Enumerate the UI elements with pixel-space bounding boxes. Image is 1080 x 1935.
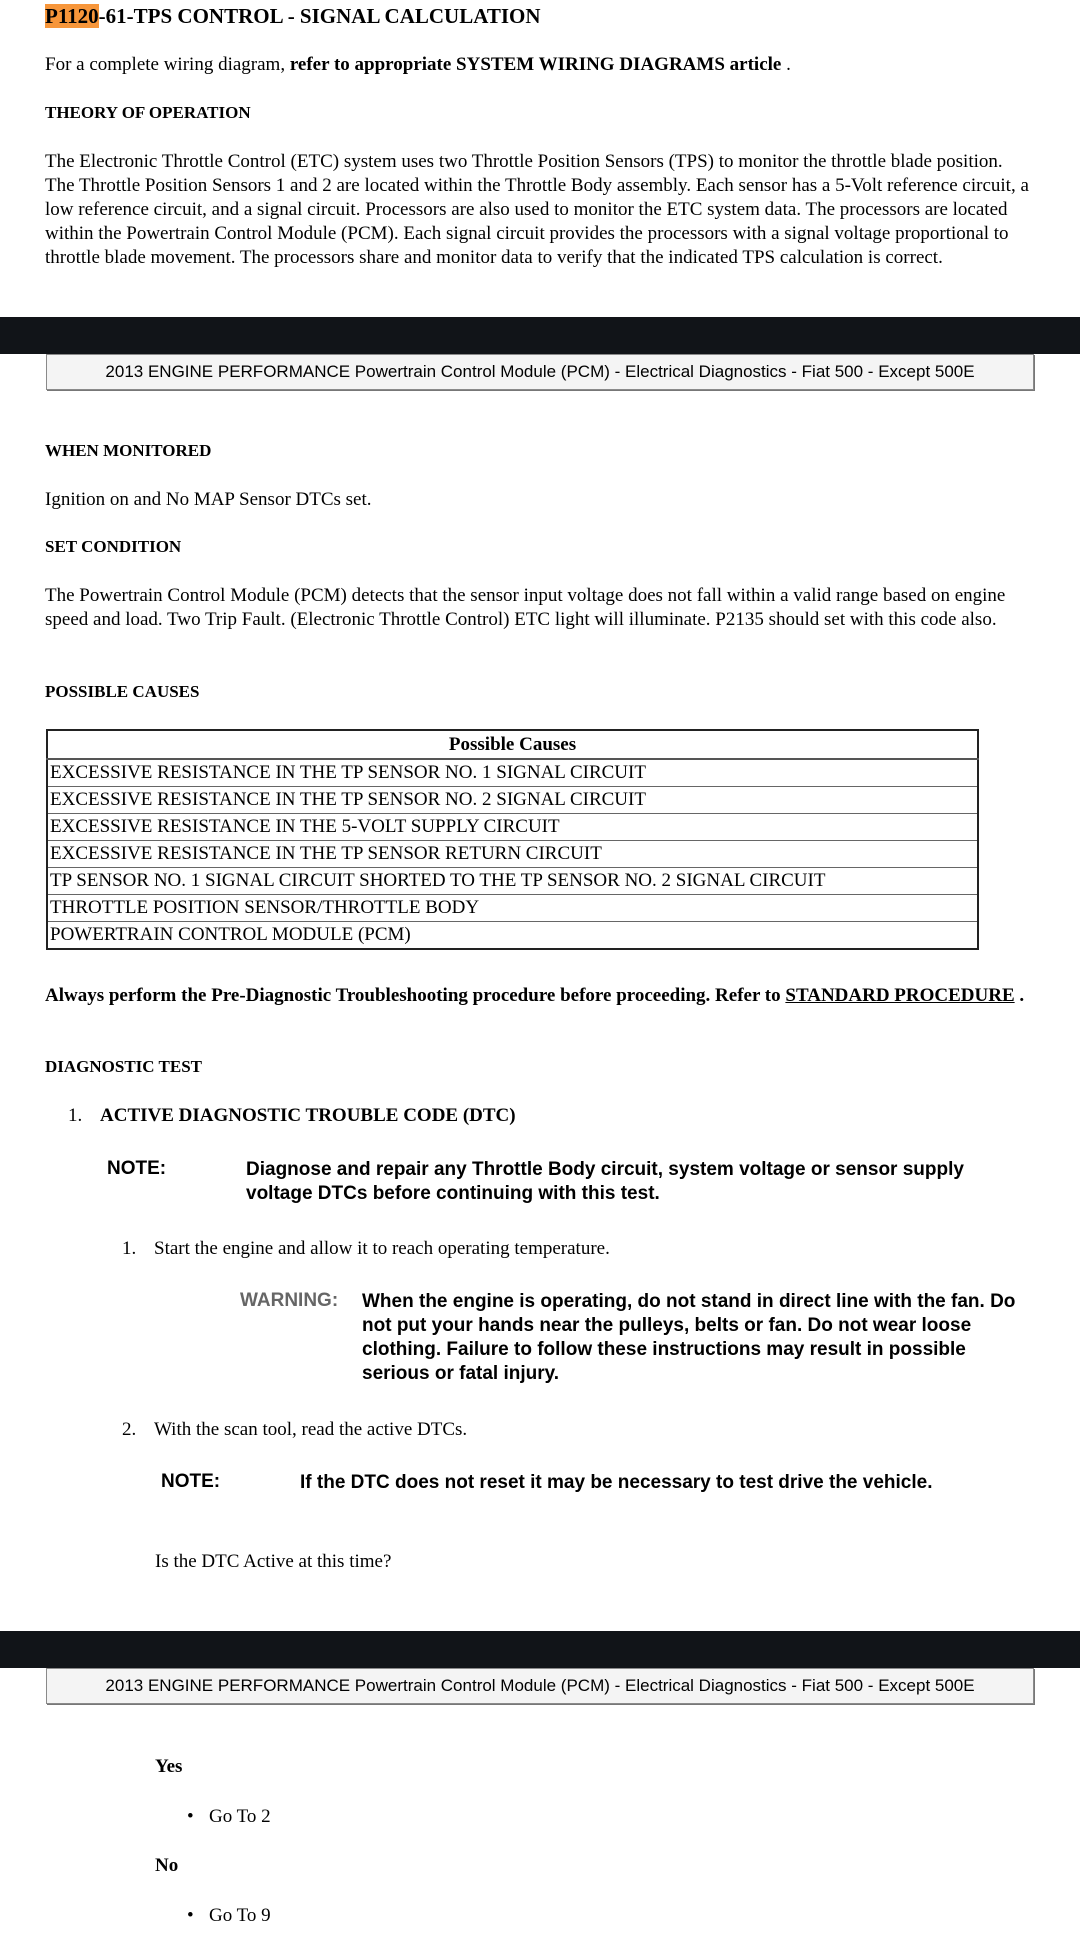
step-title: ACTIVE DIAGNOSTIC TROUBLE CODE (DTC) [100, 1105, 516, 1126]
table-row: POWERTRAIN CONTROL MODULE (PCM) [47, 922, 978, 950]
wiring-suffix: . [781, 54, 791, 75]
set-condition-heading: SET CONDITION [45, 537, 181, 557]
step-1: 1.ACTIVE DIAGNOSTIC TROUBLE CODE (DTC) [68, 1104, 516, 1128]
page-title: P1120-61-TPS CONTROL - SIGNAL CALCULATIO… [45, 4, 541, 29]
note2-text: If the DTC does not reset it may be nece… [300, 1471, 1000, 1495]
cause-cell: EXCESSIVE RESISTANCE IN THE TP SENSOR NO… [47, 759, 978, 787]
no-action-text[interactable]: Go To 9 [209, 1905, 271, 1926]
dtc-active-question: Is the DTC Active at this time? [155, 1550, 391, 1574]
cause-cell: THROTTLE POSITION SENSOR/THROTTLE BODY [47, 895, 978, 922]
yes-action[interactable]: •Go To 2 [187, 1805, 271, 1829]
wiring-link[interactable]: refer to appropriate SYSTEM WIRING DIAGR… [290, 54, 782, 75]
note-text: Diagnose and repair any Throttle Body ci… [246, 1158, 1016, 1206]
table-row: EXCESSIVE RESISTANCE IN THE TP SENSOR RE… [47, 841, 978, 868]
yes-action-text[interactable]: Go To 2 [209, 1806, 271, 1827]
table-row: EXCESSIVE RESISTANCE IN THE TP SENSOR NO… [47, 787, 978, 814]
yes-label: Yes [155, 1755, 182, 1779]
note2-label: NOTE: [161, 1471, 220, 1493]
bullet-icon: • [187, 1805, 209, 1829]
title-text: -61-TPS CONTROL - SIGNAL CALCULATION [99, 4, 541, 28]
theory-text: The Electronic Throttle Control (ETC) sy… [45, 150, 1035, 270]
warning-text: When the engine is operating, do not sta… [362, 1290, 1037, 1386]
cause-cell: EXCESSIVE RESISTANCE IN THE TP SENSOR RE… [47, 841, 978, 868]
table-header: Possible Causes [47, 730, 978, 759]
substep-number: 1. [122, 1237, 154, 1261]
standard-procedure-link[interactable]: STANDARD PROCEDURE [785, 985, 1014, 1006]
when-monitored-text: Ignition on and No MAP Sensor DTCs set. [45, 488, 372, 512]
set-condition-text: The Powertrain Control Module (PCM) dete… [45, 584, 1035, 632]
no-action[interactable]: •Go To 9 [187, 1904, 271, 1928]
prediag-text: Always perform the Pre-Diagnostic Troubl… [45, 985, 785, 1006]
page-break-band [0, 1631, 1080, 1668]
table-row: EXCESSIVE RESISTANCE IN THE TP SENSOR NO… [47, 759, 978, 787]
page-break-band [0, 317, 1080, 354]
possible-causes-table: Possible Causes EXCESSIVE RESISTANCE IN … [46, 729, 979, 950]
substep-number: 2. [122, 1418, 154, 1442]
when-monitored-heading: WHEN MONITORED [45, 441, 211, 461]
cause-cell: EXCESSIVE RESISTANCE IN THE 5-VOLT SUPPL… [47, 814, 978, 841]
cause-cell: TP SENSOR NO. 1 SIGNAL CIRCUIT SHORTED T… [47, 868, 978, 895]
wiring-prefix: For a complete wiring diagram, [45, 54, 290, 75]
table-row: EXCESSIVE RESISTANCE IN THE 5-VOLT SUPPL… [47, 814, 978, 841]
table-row: TP SENSOR NO. 1 SIGNAL CIRCUIT SHORTED T… [47, 868, 978, 895]
prediag-suffix: . [1015, 985, 1025, 1006]
substep-2: 2.With the scan tool, read the active DT… [122, 1418, 467, 1442]
possible-causes-heading: POSSIBLE CAUSES [45, 682, 199, 702]
page-header: 2013 ENGINE PERFORMANCE Powertrain Contr… [46, 1668, 1034, 1704]
warning-label: WARNING: [240, 1290, 338, 1312]
cause-cell: POWERTRAIN CONTROL MODULE (PCM) [47, 922, 978, 950]
dtc-code-highlight: P1120 [45, 4, 99, 28]
substep-1: 1.Start the engine and allow it to reach… [122, 1237, 610, 1261]
no-label: No [155, 1854, 178, 1878]
theory-heading: THEORY OF OPERATION [45, 103, 251, 123]
diagnostic-test-heading: DIAGNOSTIC TEST [45, 1057, 202, 1077]
prediag-note: Always perform the Pre-Diagnostic Troubl… [45, 984, 1045, 1008]
step-number: 1. [68, 1104, 100, 1128]
page-header: 2013 ENGINE PERFORMANCE Powertrain Contr… [46, 354, 1034, 390]
bullet-icon: • [187, 1904, 209, 1928]
note-label: NOTE: [107, 1158, 166, 1180]
substep-text: With the scan tool, read the active DTCs… [154, 1419, 467, 1440]
cause-cell: EXCESSIVE RESISTANCE IN THE TP SENSOR NO… [47, 787, 978, 814]
table-row: THROTTLE POSITION SENSOR/THROTTLE BODY [47, 895, 978, 922]
substep-text: Start the engine and allow it to reach o… [154, 1238, 610, 1259]
wiring-reference: For a complete wiring diagram, refer to … [45, 53, 791, 77]
